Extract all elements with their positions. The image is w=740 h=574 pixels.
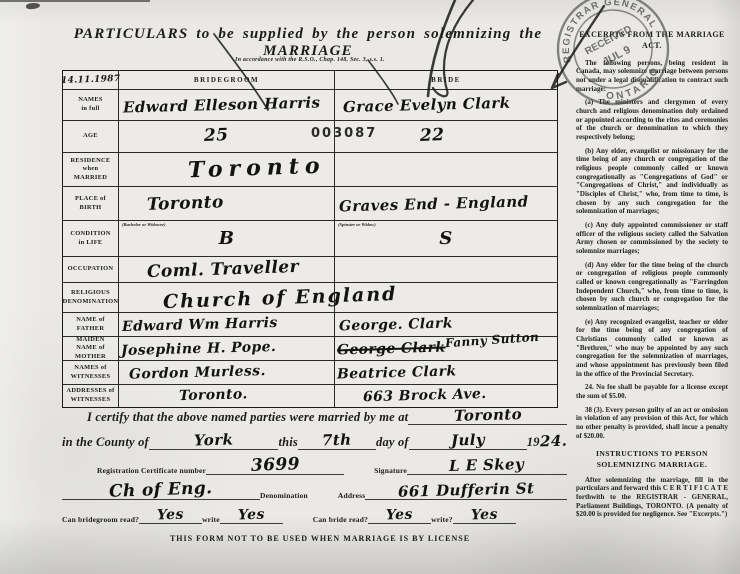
row-label: OCCUPATION <box>63 257 119 282</box>
groom-mother-name: Josephine H. Pope. <box>119 338 277 358</box>
groom-age: 25 <box>119 125 229 149</box>
table-row: RELIGIOUS DENOMINATION Church of England <box>63 283 557 313</box>
groom-occupation: Coml. Traveller <box>119 256 300 282</box>
table-row: MAIDEN NAME of MOTHER Josephine H. Pope.… <box>63 337 557 361</box>
denomination-value: Ch of Eng. <box>109 480 213 501</box>
bachelor-widower-note: (Bachelor or Widower) <box>122 222 165 227</box>
this-label: this <box>278 435 298 450</box>
address-value: 661 Dufferin St <box>398 481 535 500</box>
groom-read-label: Can bridegroom read? <box>62 515 139 524</box>
row-label: AGE <box>63 121 119 152</box>
excerpt-paragraph: 38 (3). Every person guilty of an act or… <box>576 406 728 441</box>
table-row: RESIDENCE when MARRIED Toronto <box>63 153 557 187</box>
residence-entry: Toronto <box>188 153 326 184</box>
table-header-row: 14.11.1987 BRIDEGROOM BRIDE <box>63 71 557 90</box>
scan-smudge <box>26 2 41 10</box>
excerpt-paragraph: 24. No fee shall be payable for a licens… <box>576 383 728 400</box>
row-label: CONDITION in LIFE <box>63 221 119 256</box>
table-row: ADDRESSES of WITNESSES Toronto. 663 Broc… <box>63 385 557 407</box>
groom-write-label: write <box>202 515 220 524</box>
denomination-label: Denomination <box>260 491 308 500</box>
table-row: PLACE of BIRTH Toronto Graves End - Engl… <box>63 187 557 221</box>
witness-address-bride-side: 663 Brock Ave. <box>335 386 487 406</box>
witness-name-bride-side: Beatrice Clark <box>335 363 457 382</box>
registration-number-label: Registration Certificate number <box>62 466 206 475</box>
bride-condition: S <box>439 228 452 249</box>
table-row: AGE 25 22 003087 <box>63 121 557 153</box>
groom-names: Edward Elleson Harris <box>119 93 321 116</box>
archival-annotation: 14.11.1987 <box>61 73 121 87</box>
signature-value: L E Skey <box>449 457 524 474</box>
signature-label: Signature <box>374 466 407 475</box>
certify-line-5: Can bridegroom read? Yes write Yes Can b… <box>62 507 567 524</box>
column-header-bridegroom: BRIDEGROOM <box>194 76 259 84</box>
row-label: RELIGIOUS DENOMINATION <box>63 283 119 312</box>
excerpt-paragraph: (c) Any duly appointed commissioner or s… <box>576 221 728 256</box>
groom-write-value: Yes <box>238 508 265 523</box>
day-of-label: day of <box>376 435 409 450</box>
county-label: in the County of <box>62 435 149 450</box>
bride-birthplace: Graves End - England <box>335 192 529 215</box>
year-value: 24. <box>539 432 567 451</box>
row-label: PLACE of BIRTH <box>63 187 119 220</box>
excerpt-paragraph: (d) Any elder for the time being of the … <box>576 261 728 313</box>
marriage-place-value: Toronto <box>453 407 521 424</box>
header-annotation-cell: 14.11.1987 <box>63 71 119 89</box>
table-row: NAMES of WITNESSES Gordon Murless. Beatr… <box>63 361 557 385</box>
spinster-widow-note: (Spinster or Widow) <box>338 222 376 227</box>
bride-father-name: George. Clark <box>335 315 453 334</box>
groom-birthplace: Toronto <box>119 192 224 216</box>
bride-write-label: write? <box>431 515 453 524</box>
row-label: NAMES in full <box>63 90 119 120</box>
county-value: York <box>194 432 234 448</box>
witness-name-groom-side: Gordon Murless. <box>119 363 266 383</box>
month-value: July <box>451 433 485 449</box>
groom-father-name: Edward Wm Harris <box>119 314 278 334</box>
excerpt-paragraph: (b) Any elder, evangelist or missionary … <box>576 147 728 216</box>
scan-edge-line <box>0 0 150 2</box>
certify-line-3: Registration Certificate number 3699 Sig… <box>62 457 567 475</box>
row-label: MAIDEN NAME of MOTHER <box>63 337 119 360</box>
row-label: ADDRESSES of WITNESSES <box>63 385 119 407</box>
table-row: CONDITION in LIFE (Bachelor or Widower) … <box>63 221 557 257</box>
bride-read-value: Yes <box>386 508 413 523</box>
certification-section: I certify that the above named parties w… <box>62 408 567 531</box>
row-label: NAME of FATHER <box>63 313 119 336</box>
excerpt-paragraph: (e) Any recognized evangelist, teacher o… <box>576 318 728 379</box>
table-row: OCCUPATION Coml. Traveller <box>63 257 557 283</box>
witness-address-groom-side: Toronto. <box>119 386 248 405</box>
bride-read-label: Can bride read? <box>313 515 368 524</box>
license-warning: THIS FORM NOT TO BE USED WHEN MARRIAGE I… <box>150 534 490 543</box>
day-value: 7th <box>322 433 352 449</box>
stamped-serial-number: 003087 <box>311 126 377 141</box>
certify-line-4: Ch of Eng. Denomination Address 661 Duff… <box>62 482 567 500</box>
year-prefix: 19 <box>527 435 540 450</box>
instructions-paragraph: After solemnizing the marriage, fill in … <box>576 476 728 519</box>
bride-names: Grace Evelyn Clark <box>335 94 511 117</box>
groom-read-value: Yes <box>157 508 184 523</box>
page-subtitle: In accordance with the R.S.O., Chap. 148… <box>170 57 450 63</box>
certify-text: I certify that the above named parties w… <box>62 410 408 425</box>
instructions-heading: INSTRUCTIONS TO PERSON SOLEMNIZING MARRI… <box>576 449 728 470</box>
bride-mother-name-struck: George Clark <box>335 339 446 358</box>
particulars-table: 14.11.1987 BRIDEGROOM BRIDE NAMES in ful… <box>62 70 558 408</box>
column-header-bride: BRIDE <box>431 76 461 84</box>
registration-number-value: 3699 <box>250 456 299 475</box>
certify-line-1: I certify that the above named parties w… <box>62 408 567 425</box>
page-title: PARTICULARS to be supplied by the person… <box>58 26 558 60</box>
address-label: Address <box>338 491 366 500</box>
bride-write-value: Yes <box>471 508 498 523</box>
row-label: NAMES of WITNESSES <box>63 361 119 384</box>
row-label: RESIDENCE when MARRIED <box>63 153 119 186</box>
groom-condition: B <box>219 228 235 249</box>
table-row: NAMES in full Edward Elleson Harris Grac… <box>63 90 557 121</box>
certify-line-2: in the County of York this 7th day of Ju… <box>62 432 567 450</box>
